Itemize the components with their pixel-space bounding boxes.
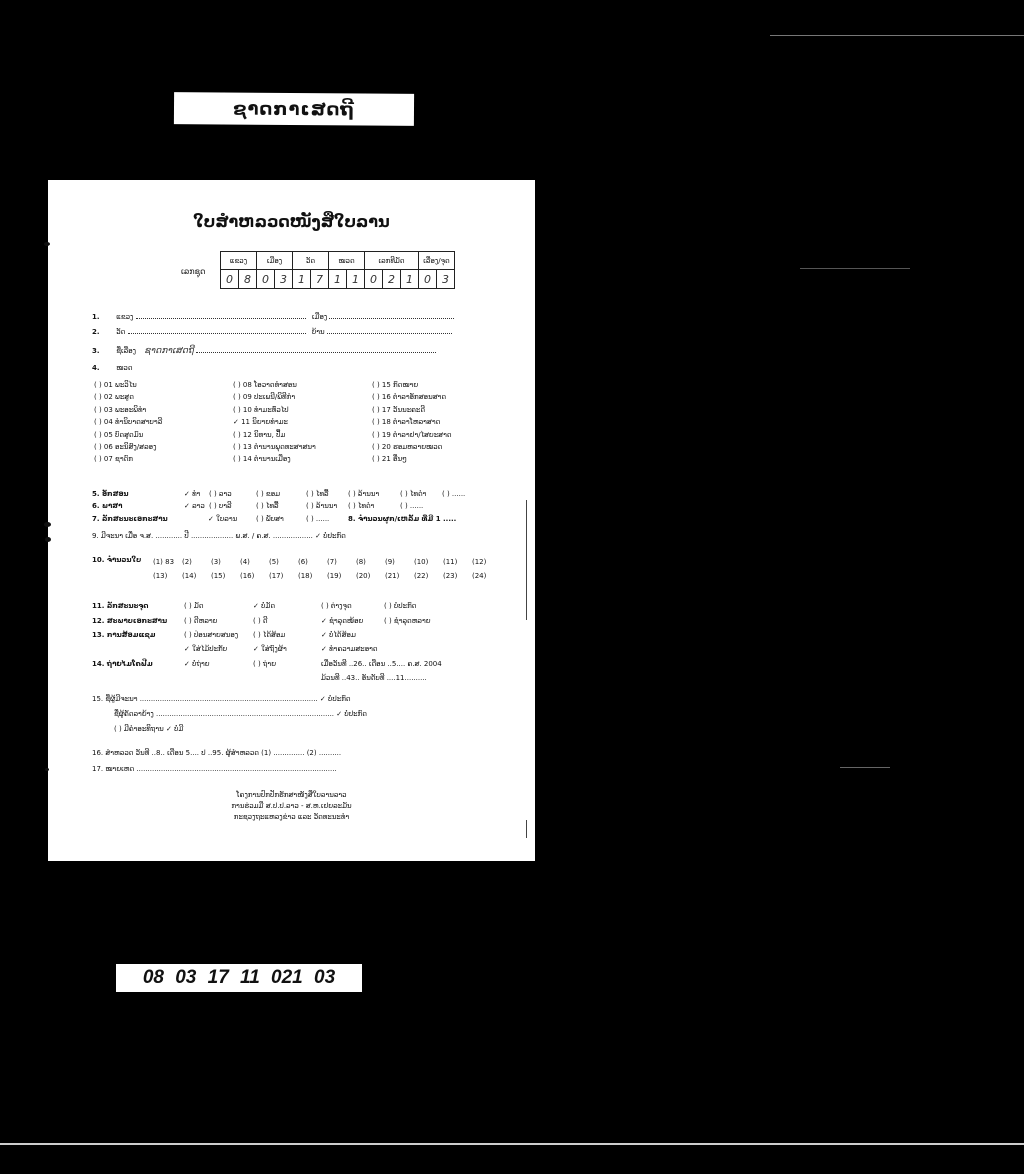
category-option-06: ( ) 06 ອະນິສົງ/ສລອງ [94, 443, 156, 451]
reference-number-grid: ແຂວງ ເມືອງ ວັດ ໝວດ ເລກທີມັດ ເລື່ອງ/ຈຸດ 0… [220, 251, 455, 289]
leaf-count-label: 10. ຈຳນວນໃບ [92, 556, 141, 564]
ref-header: ວັດ [293, 252, 329, 270]
ref-digit: 3 [275, 270, 293, 289]
category-label: ໝວດ [116, 364, 132, 372]
repair-field-option: ✓ ບໍ່ໄດ້ສ້ອມ [321, 631, 356, 639]
microfilm-roll: ມ້ວນທີ ..43.. ອັນດັບທີ ....11.......... [321, 674, 427, 682]
leaf-count-slot: (15) [211, 572, 225, 580]
leaf-count-slot: (8) [356, 558, 366, 566]
script-field-option: ( ) ລາວ [209, 490, 232, 498]
copyist-field: ຊື່ຜູ້ຄັດລາຍ້າງ ........................… [114, 710, 367, 718]
condition-field-option: ✓ ຊຳລຸດໜ້ອຍ [321, 617, 363, 625]
category-option-19: ( ) 19 ຕຳລາຢາ/ໄສຍະສາດ [372, 431, 452, 439]
leaf-count-slot: (19) [327, 572, 341, 580]
ref-digit: 1 [347, 270, 365, 289]
category-option-01: ( ) 01 ພະວິໄນ [94, 381, 137, 389]
microfilm-field-option: ( ) ຖ່າຍ [253, 660, 276, 668]
district-value [329, 310, 454, 319]
province-value [136, 310, 306, 319]
category-option-13: ( ) 13 ຕຳນານພຸດທະສາສນາ [233, 443, 316, 451]
category-option-12: ( ) 12 ນິທານ, ປຶ້ມ [233, 431, 285, 439]
category-option-04: ( ) 04 ທຳນິບາດສາບາລີ [94, 418, 162, 426]
repair-field-option: ( ) ປ່ອນສາຍສນອງ [184, 631, 238, 639]
leaf-count-slot: (1) 83 [153, 558, 174, 566]
leaf-count-slot: (2) [182, 558, 192, 566]
scan-edge-line [526, 500, 527, 620]
scribe-field: 15. ຊື່ຜູ້ມີຈະນາ .......................… [92, 695, 351, 703]
leaf-count-slot: (5) [269, 558, 279, 566]
scan-speck [45, 537, 51, 542]
leaf-count-slot: (24) [472, 572, 486, 580]
script-field-option: ( ) ຂອມ [256, 490, 280, 498]
leaf-count-slot: (7) [327, 558, 337, 566]
leaf-count-slot: (23) [443, 572, 457, 580]
scan-artifact-line [0, 1143, 1024, 1145]
survey-form-page: ໃບສຳຫລວດໜັງສືໃບລານ ເລກຊຸດ ແຂວງ ເມືອງ ວັດ… [48, 180, 535, 861]
leaf-count-slot: (6) [298, 558, 308, 566]
colophon-field: 9. ມີຈະນາ ເມື່ອ ຈ.ສ. ............ ປີ ...… [92, 532, 346, 540]
ref-digit: 0 [221, 270, 239, 289]
category-option-17: ( ) 17 ວັນນະຄະດີ [372, 406, 425, 414]
repair-field-option: ✓ ທຳຄວາມສະອາດ [321, 645, 378, 653]
province-label: ແຂວງ [116, 313, 133, 321]
leaf-count-slot: (18) [298, 572, 312, 580]
ref-digit: 0 [365, 270, 383, 289]
language-field-option: ( ) ໄທດຳ [348, 502, 374, 510]
binding-field-option: ( ) ມັດ [184, 602, 204, 610]
temple-value [128, 325, 306, 334]
category-option-03: ( ) 03 ພະອະພິທຳ [94, 406, 146, 414]
title-value: ຊາດກາເສດຖີ [144, 346, 193, 356]
title-label: ຊື່ເລື່ອງ [116, 347, 136, 355]
prayer-field: ( ) ມີຄຳອະທິຖານ ✓ ບໍ່ມີ [114, 725, 183, 733]
ref-digit: 1 [401, 270, 419, 289]
category-option-09: ( ) 09 ປະເພນີ/ພິທີກຳ [233, 393, 295, 401]
category-option-14: ( ) 14 ຕຳນານເມືອງ [233, 455, 291, 463]
microfilm-date: ເມື່ອວັນທີ ..26.. ເດືອນ ..5.... ຄ.ສ. 200… [321, 660, 442, 668]
ref-digit: 1 [329, 270, 347, 289]
leaf-count-slot: (12) [472, 558, 486, 566]
bundle-count: 8. ຈຳນວນຜູກ/ເຫລັ້ມ ທີ່ມີ 1 ..... [348, 515, 456, 523]
remarks-field: 17. ໝາຍເຫດ .............................… [92, 765, 337, 773]
category-option-15: ( ) 15 ກົດໝາຍ [372, 381, 418, 389]
leaf-count-slot: (14) [182, 572, 196, 580]
repair-field-option: ✓ ໃສ່ຖົງຜ້າ [253, 645, 287, 653]
category-option-08: ( ) 08 ໂອວາດທຳສອນ [233, 381, 297, 389]
script-field-option: ✓ ທຳ [184, 490, 200, 498]
leaf-count-slot: (3) [211, 558, 221, 566]
repair-field-option: ( ) ໄດ້ສ້ອມ [253, 631, 285, 639]
category-option-10: ( ) 10 ທຳມະທົ່ວໄປ [233, 406, 289, 414]
script-field-label: 5. ອັກສອນ [92, 490, 129, 498]
district-label: ເມືອງ [312, 313, 327, 321]
leaf-count-slot: (10) [414, 558, 428, 566]
category-option-07: ( ) 07 ຊາດົກ [94, 455, 133, 463]
ref-digit: 1 [293, 270, 311, 289]
leaf-count-slot: (13) [153, 572, 167, 580]
leaf-count-slot: (21) [385, 572, 399, 580]
category-option-20: ( ) 20 ຮອມຫລາຍໝວດ [372, 443, 442, 451]
ref-digit: 0 [419, 270, 437, 289]
microfilm-field-label: 14. ຖ່າຍໄມໂຄຟີມ [92, 660, 153, 668]
scan-speck [44, 522, 51, 527]
leaf-count-slot: (17) [269, 572, 283, 580]
material-field-option: ( ) ພັບສາ [256, 515, 284, 523]
language-field-option: ( ) ...... [400, 502, 423, 510]
scan-speck [44, 242, 50, 246]
scan-speck [45, 768, 49, 771]
category-option-16: ( ) 16 ຕຳລາອັກສອນສາດ [372, 393, 446, 401]
village-value [327, 325, 452, 334]
form-footer: ໂຄງການປົກປັກຮັກສາໜັງສືໃບລານລາວ ການຮ່ວມມື… [48, 790, 535, 823]
category-option-21: ( ) 21 ອື່ນໆ [372, 455, 407, 463]
leaf-count-slot: (20) [356, 572, 370, 580]
footer-line: ກະຊວງຖະແຫລງຂ່າວ ແລະ ວັດທະນະທຳ [48, 812, 535, 823]
field-4: 4. ໝວດ [92, 364, 133, 372]
language-field-option: ( ) ບາລີ [209, 502, 232, 510]
category-option-02: ( ) 02 ພະສູດ [94, 393, 134, 401]
scan-artifact-line [800, 268, 910, 269]
ref-digit: 3 [437, 270, 455, 289]
binding-field-option: ( ) ຕ່າງຈຸດ [321, 602, 352, 610]
form-title: ໃບສຳຫລວດໜັງສືໃບລານ [48, 212, 535, 231]
leaf-count-slot: (16) [240, 572, 254, 580]
ref-digit: 0 [257, 270, 275, 289]
script-field-option: ( ) ໄທດຳ [400, 490, 426, 498]
language-field-label: 6. ພາສາ [92, 502, 122, 510]
condition-field-option: ( ) ດີຫລາຍ [184, 617, 217, 625]
scan-artifact-line [770, 35, 1024, 36]
leaf-count-slot: (9) [385, 558, 395, 566]
category-option-11: ✓ 11 ນິຍາຍທຳມະ [233, 418, 288, 426]
ref-digit: 8 [239, 270, 257, 289]
script-field-option: ( ) ...... [442, 490, 465, 498]
title-dots [196, 344, 436, 353]
binding-field-option: ✓ ບໍ່ມັດ [253, 602, 275, 610]
language-field-option: ( ) ໄທລື້ [256, 502, 278, 510]
material-field-option: ✓ ໃບລານ [208, 515, 237, 523]
category-option-05: ( ) 05 ບົດສູດມົນ [94, 431, 143, 439]
binding-field-label: 11. ລັກສະນະຈຸດ [92, 602, 148, 610]
condition-field-label: 12. ສະພາບເອກະສານ [92, 617, 167, 625]
ref-header: ໝວດ [329, 252, 365, 270]
category-option-18: ( ) 18 ຕຳລາໂຫລາສາດ [372, 418, 440, 426]
material-field-option: ( ) ...... [306, 515, 329, 523]
ref-label: ເລກຊຸດ [181, 267, 205, 276]
temple-label: ວັດ [116, 328, 125, 336]
script-field-option: ( ) ລ້ານນາ [348, 490, 379, 498]
field-2: 2. ວັດ ບ້ານ [92, 325, 452, 336]
condition-field-option: ( ) ຊຳລຸດຫລາຍ [384, 617, 431, 625]
ref-header: ເລກທີມັດ [365, 252, 419, 270]
scan-artifact-line [840, 767, 890, 768]
collection-title-label: ຊາດກາເສດຖີ [174, 92, 414, 126]
material-field-label: 7. ລັກສະນະເອກະສານ [92, 515, 168, 523]
footer-line: ໂຄງການປົກປັກຮັກສາໜັງສືໃບລານລາວ [48, 790, 535, 801]
repair-field-option: ✓ ໃສ່ໄມ້ປະກັບ [184, 645, 227, 653]
language-field-option: ✓ ລາວ [184, 502, 205, 510]
condition-field-option: ( ) ດີ [253, 617, 268, 625]
ref-digit: 2 [383, 270, 401, 289]
leaf-count-slot: (11) [443, 558, 457, 566]
manuscript-code-label: 08 03 17 11 021 03 [116, 964, 362, 992]
leaf-count-slot: (4) [240, 558, 250, 566]
village-label: ບ້ານ [312, 328, 325, 336]
ref-digit: 7 [311, 270, 329, 289]
ref-header: ເລື່ອງ/ຈຸດ [419, 252, 455, 270]
repair-field-label: 13. ການສ້ອມແຊມ [92, 631, 156, 639]
leaf-count-slot: (22) [414, 572, 428, 580]
language-field-option: ( ) ລ້ານນາ [306, 502, 337, 510]
ref-header: ແຂວງ [221, 252, 257, 270]
binding-field-option: ( ) ບໍ່ປະກົດ [384, 602, 416, 610]
survey-date-field: 16. ສຳຫລວດ ວັນທີ ..8.. ເດືອນ 5.... ປ ..9… [92, 749, 341, 757]
footer-line: ການຮ່ວມມື ສ.ປ.ປ.ລາວ - ສ.ຫ.ເຢຍລະມັນ [48, 801, 535, 812]
script-field-option: ( ) ໄທລື້ [306, 490, 328, 498]
microfilm-field-option: ✓ ບໍ່ຖ່າຍ [184, 660, 210, 668]
field-3: 3. ຊື່ເລື່ອງ ຊາດກາເສດຖີ [92, 344, 436, 356]
field-1: 1. ແຂວງ ເມືອງ [92, 310, 454, 321]
ref-header: ເມືອງ [257, 252, 293, 270]
